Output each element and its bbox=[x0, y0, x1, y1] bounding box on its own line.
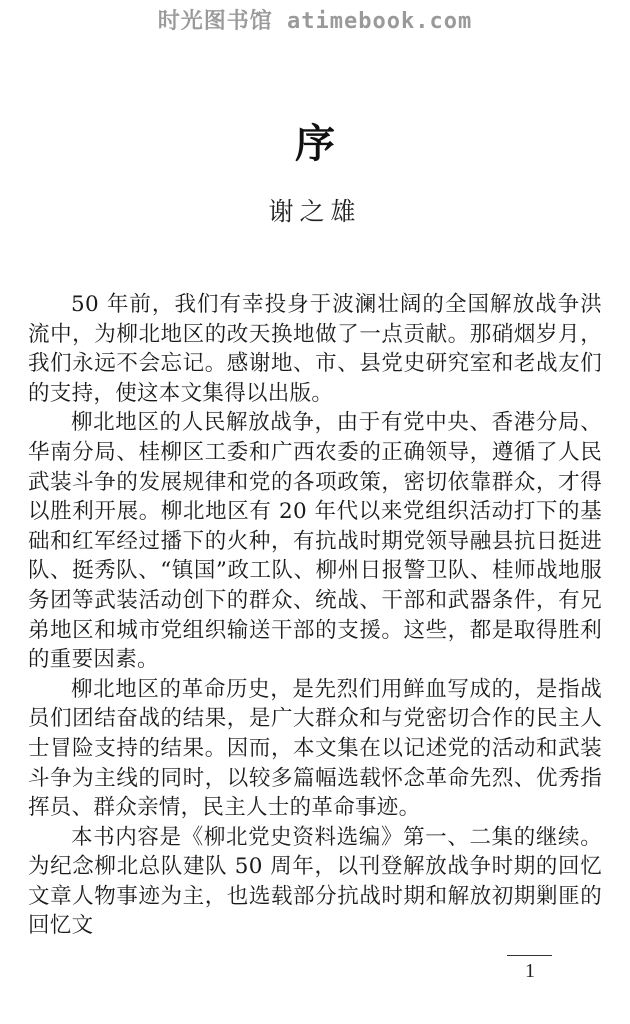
paragraph: 50 年前，我们有幸投身于波澜壮阔的全国解放战争洪流中，为柳北地区的改天换地做了… bbox=[28, 290, 602, 408]
author-name: 谢之雄 bbox=[0, 192, 630, 228]
watermark: 时光图书馆 atimebook.com bbox=[0, 4, 630, 35]
page-number: 1 bbox=[515, 960, 545, 983]
paragraph: 柳北地区的人民解放战争，由于有党中央、香港分局、华南分局、桂柳区工委和广西农委的… bbox=[28, 408, 602, 674]
page-title: 序 bbox=[0, 112, 630, 169]
body-text: 50 年前，我们有幸投身于波澜壮阔的全国解放战争洪流中，为柳北地区的改天换地做了… bbox=[28, 290, 602, 941]
paragraph: 柳北地区的革命历史，是先烈们用鲜血写成的，是指战员们团结奋战的结果，是广大群众和… bbox=[28, 675, 602, 823]
paragraph: 本书内容是《柳北党史资料选编》第一、二集的继续。为纪念柳北总队建队 50 周年，… bbox=[28, 823, 602, 941]
footer-rule bbox=[507, 955, 552, 956]
